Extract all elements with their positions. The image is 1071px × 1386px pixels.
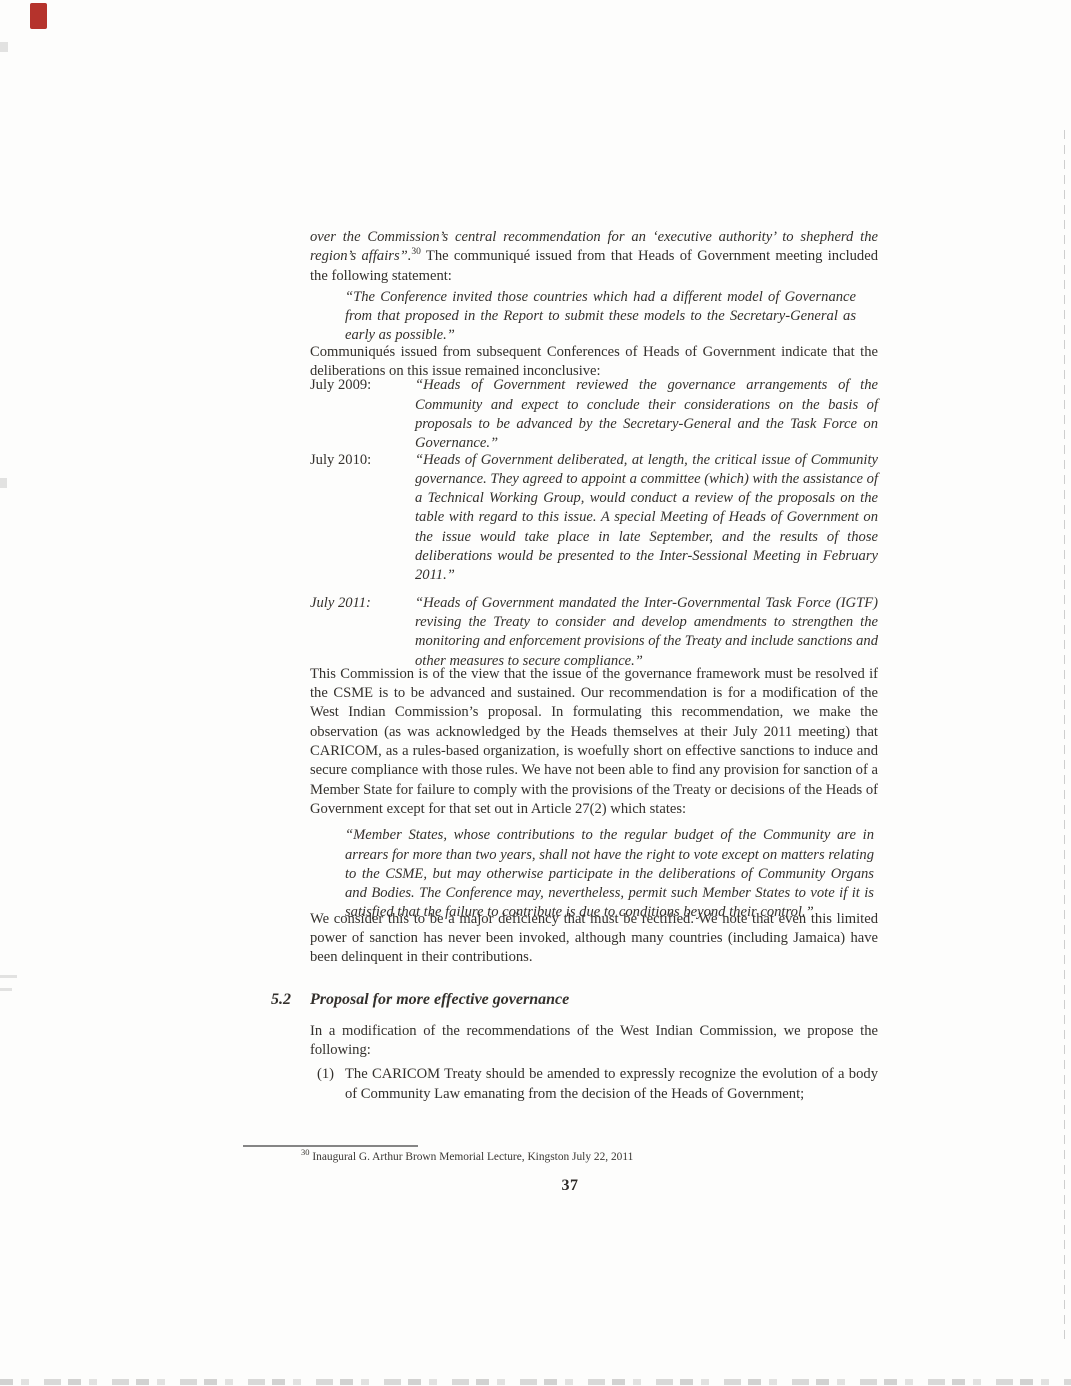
scan-artifact-smudge <box>0 42 8 52</box>
para-intro: over the Commission’s central recommenda… <box>310 228 878 286</box>
entry-label: July 2010: <box>310 451 415 586</box>
entry-quote: “Heads of Government deliberated, at len… <box>415 451 878 586</box>
text-column: over the Commission’s central recommenda… <box>310 228 878 1104</box>
scanned-document-page: over the Commission’s central recommenda… <box>0 0 1071 1386</box>
scan-artifact-smudge <box>0 975 17 978</box>
entry-quote: “Heads of Government mandated the Inter-… <box>415 594 878 671</box>
entry-quote: “Heads of Government reviewed the govern… <box>415 376 878 453</box>
scan-artifact-bottom-noise <box>0 1379 1071 1385</box>
scan-artifact-smudge <box>0 478 7 488</box>
footnote: 30 Inaugural G. Arthur Brown Memorial Le… <box>301 1151 721 1163</box>
meeting-entry-2011: July 2011: “Heads of Government mandated… <box>310 594 878 671</box>
footnote-text: Inaugural G. Arthur Brown Memorial Lectu… <box>310 1151 634 1163</box>
footnote-ref: 30 <box>301 1147 310 1157</box>
para-commission-view: This Commission is of the view that the … <box>310 665 878 819</box>
entry-label: July 2009: <box>310 376 415 453</box>
scan-artifact-red-mark <box>30 3 47 29</box>
page-number: 37 <box>549 1177 591 1195</box>
footnote-rule <box>243 1145 418 1147</box>
scan-artifact-right-edge-line <box>1064 130 1065 1340</box>
item-text: The CARICOM Treaty should be amended to … <box>345 1065 878 1104</box>
footnote-reference-30: 30 <box>411 247 421 257</box>
item-marker: (1) <box>310 1065 345 1104</box>
scan-artifact-smudge <box>0 988 12 991</box>
entry-label: July 2011: <box>310 594 415 671</box>
section-title: Proposal for more effective governance <box>310 991 569 1008</box>
meeting-entry-2009: July 2009: “Heads of Government reviewed… <box>310 376 878 453</box>
proposal-item-1: (1) The CARICOM Treaty should be amended… <box>310 1065 878 1104</box>
meeting-entry-2010: July 2010: “Heads of Government delibera… <box>310 451 878 586</box>
quote-conference: “The Conference invited those countries … <box>345 288 856 346</box>
para-deficiency: We consider this to be a major deficienc… <box>310 910 878 968</box>
quote-article-27-2: “Member States, whose contributions to t… <box>345 826 874 922</box>
section-number: 5.2 <box>271 990 291 1009</box>
para-proposal-intro: In a modification of the recommendations… <box>310 1022 878 1061</box>
section-heading: 5.2 Proposal for more effective governan… <box>310 990 878 1009</box>
